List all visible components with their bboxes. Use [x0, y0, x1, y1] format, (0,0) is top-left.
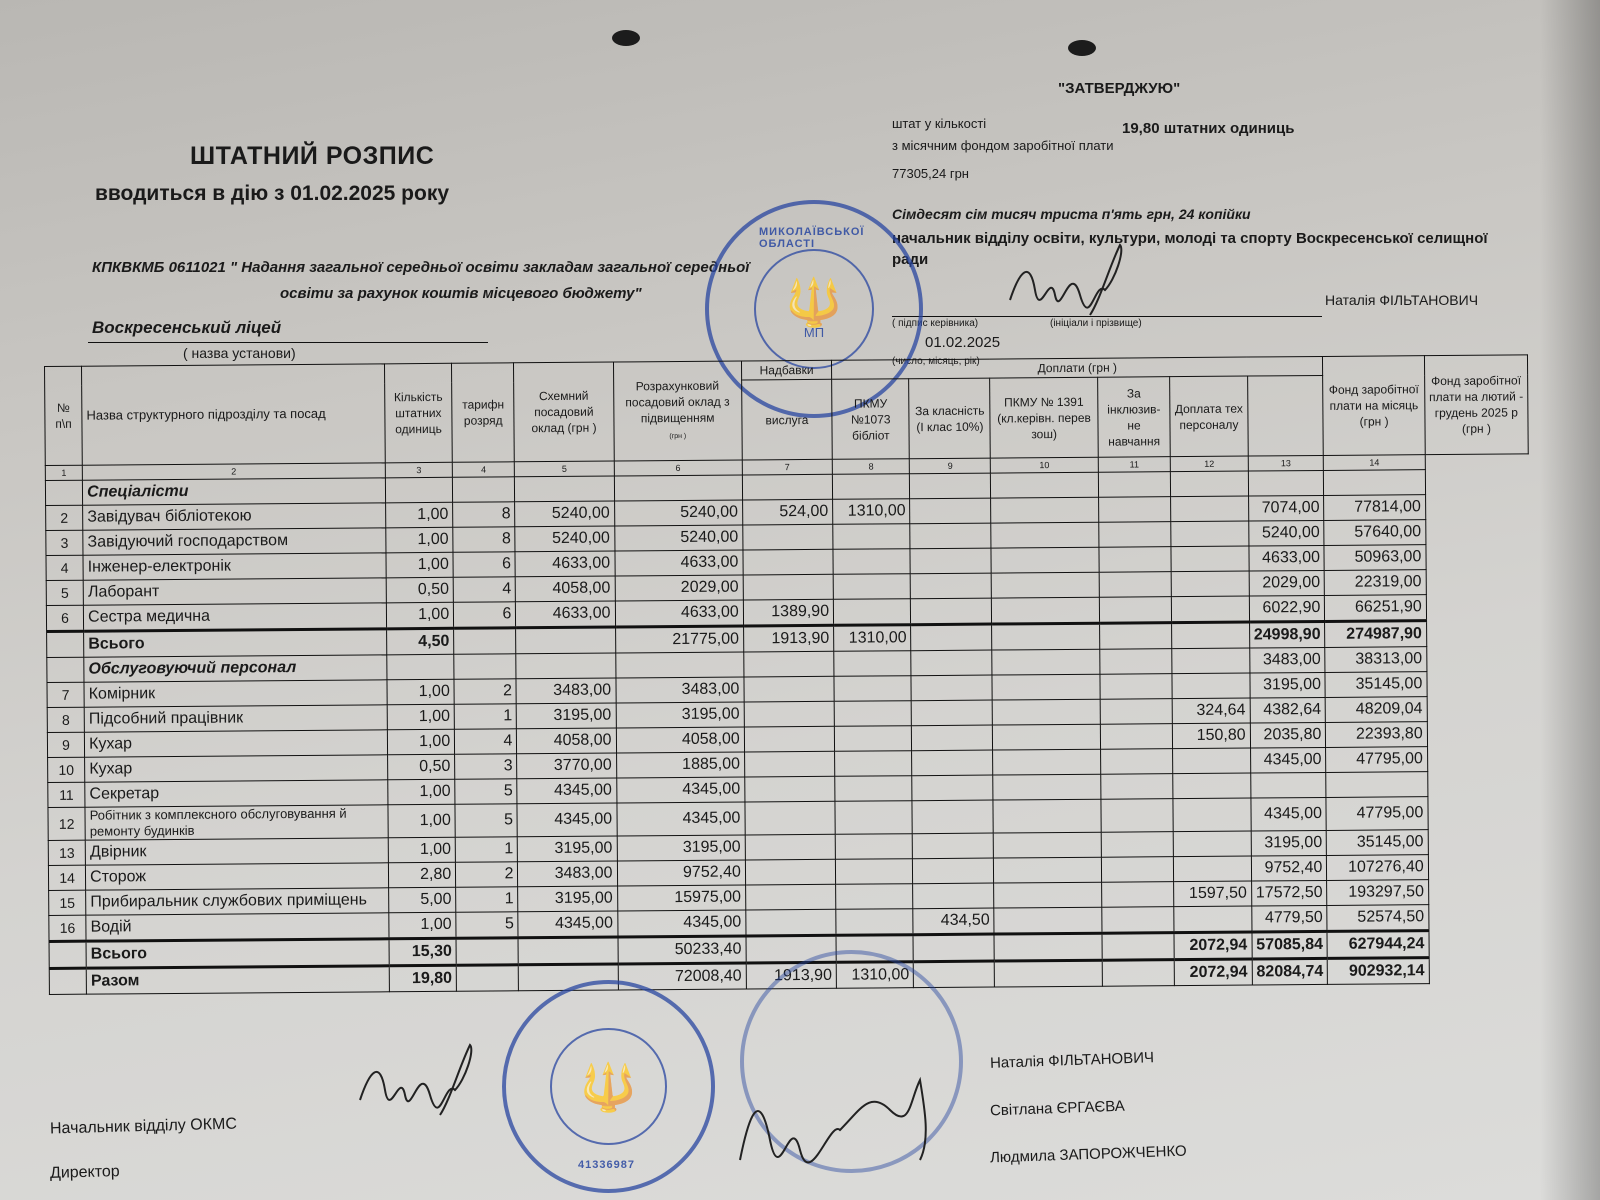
coat-of-arms-icon: 🔱 — [580, 1064, 637, 1110]
header-calc-salary-label: Розрахунковий посадовий оклад з підвищен… — [625, 378, 729, 425]
cell-c5: 3195,00 — [518, 836, 617, 862]
row-number: 7 — [47, 682, 84, 707]
cell-c7 — [746, 909, 836, 936]
header-class10: За класність (І клас 10%) — [909, 378, 990, 459]
cell-c9: 434,50 — [913, 908, 994, 935]
cell-c12: 150,80 — [1173, 723, 1251, 749]
cell-c9 — [911, 675, 992, 701]
cell-c10 — [994, 857, 1102, 883]
cell-c7 — [743, 524, 833, 550]
column-number: 12 — [1170, 456, 1248, 472]
cell-c12 — [1171, 471, 1249, 497]
cell-c5: 4345,00 — [517, 778, 616, 804]
cell-c3: 5,00 — [388, 887, 456, 913]
cell-c3: 1,00 — [386, 602, 454, 629]
cell-c6 — [615, 652, 743, 678]
cell-c9 — [910, 498, 991, 524]
cell-c10 — [991, 497, 1099, 523]
header-pkmu1073: ПКМУ №1073 бібліот — [832, 379, 910, 460]
column-number: 8 — [832, 459, 909, 475]
cell-c6: 4633,00 — [615, 600, 743, 627]
cell-c13: 4345,00 — [1250, 747, 1326, 773]
header-seniority: вислуга — [741, 379, 832, 460]
row-number: 12 — [48, 807, 85, 840]
cell-c10 — [991, 547, 1099, 573]
cell-c14: 50963,00 — [1324, 545, 1426, 571]
cell-c7 — [745, 884, 835, 910]
cell-c10 — [993, 749, 1101, 775]
header-base-salary: Схемний посадовий оклад (грн ) — [514, 362, 614, 462]
cell-c13 — [1248, 470, 1324, 496]
effective-date-line: вводиться в дію з 01.02.2025 року — [95, 182, 449, 206]
signature-okms-icon — [350, 1040, 490, 1120]
cell-c10 — [993, 724, 1101, 750]
cell-c12 — [1174, 906, 1252, 933]
cell-c13: 82084,74 — [1252, 958, 1328, 985]
header-tech-staff: Доплата тех персоналу — [1170, 376, 1248, 457]
kpk-line-1: КПКВКМБ 0611021 " Надання загальної сере… — [92, 259, 749, 276]
cell-c12 — [1173, 748, 1251, 774]
row-number: 15 — [49, 890, 86, 915]
cell-c8 — [836, 909, 914, 936]
approval-qty-label: штат у кількості — [892, 116, 986, 131]
cell-c3: 19,80 — [389, 965, 457, 992]
cell-c8 — [833, 524, 911, 550]
cell-c8 — [835, 751, 913, 777]
cell-c11 — [1102, 907, 1175, 934]
position-name: Комірник — [84, 680, 387, 707]
cell-c12: 2072,94 — [1174, 959, 1252, 986]
header-no: № п\п — [45, 366, 83, 465]
cell-c8 — [836, 859, 914, 885]
signature-director-icon — [720, 1050, 950, 1180]
cell-c7 — [743, 549, 833, 575]
approval-fund-words: Сімдесят сім тисяч триста п'ять грн, 24 … — [892, 206, 1251, 222]
row-number: 6 — [46, 605, 83, 631]
cell-c3: 1,00 — [387, 704, 455, 730]
institution-caption: ( назва установи) — [183, 345, 296, 361]
cell-c9 — [911, 598, 992, 625]
cell-c14: 57640,00 — [1324, 520, 1426, 546]
cell-c4: 1 — [456, 887, 518, 912]
cell-c10 — [993, 774, 1101, 800]
cell-c12 — [1172, 596, 1250, 623]
cell-c7 — [744, 651, 834, 677]
stamp-mp-label: МП — [804, 325, 824, 340]
approval-name: Наталія ФІЛЬТАНОВИЧ — [1325, 292, 1478, 308]
row-number: 13 — [48, 840, 85, 865]
position-name: Лаборант — [83, 578, 386, 605]
cell-c10 — [992, 597, 1100, 624]
position-name: Сестра медична — [84, 603, 387, 631]
cell-c10 — [994, 882, 1102, 908]
position-name: Кухар — [85, 730, 388, 757]
cell-c11 — [1100, 749, 1173, 775]
cell-c10 — [992, 623, 1100, 650]
cell-c4: 5 — [456, 912, 518, 938]
header-fund-month: Фонд заробітної плати на місяць (грн ) — [1323, 356, 1425, 456]
cell-c11 — [1099, 572, 1172, 598]
cell-c7 — [745, 801, 836, 835]
column-number: 7 — [742, 459, 832, 475]
cell-c6: 4345,00 — [616, 802, 745, 836]
cell-c9 — [911, 624, 992, 651]
cell-c5: 4633,00 — [516, 601, 615, 628]
header-inclusive: За інклюзив-не навчання — [1097, 377, 1170, 458]
approval-heading: "ЗАТВЕРДЖУЮ" — [1058, 80, 1180, 97]
row-number: 11 — [48, 782, 85, 807]
cell-c3: 0,50 — [386, 577, 454, 603]
cell-c5: 3770,00 — [517, 753, 616, 779]
cell-c13: 57085,84 — [1252, 931, 1328, 959]
cell-c12 — [1173, 831, 1251, 857]
coat-of-arms-icon: 🔱 — [785, 279, 842, 325]
row-number — [49, 968, 86, 994]
cell-c7 — [744, 726, 834, 752]
cell-c8 — [833, 549, 911, 575]
position-name: Підсобний працівник — [84, 705, 387, 732]
row-number: 8 — [47, 707, 84, 732]
cell-c14: 38313,00 — [1325, 647, 1427, 673]
cell-c11 — [1099, 522, 1172, 548]
approval-fund-sum: 77305,24 грн — [892, 166, 969, 181]
cell-c3: 1,00 — [388, 837, 456, 863]
position-name: Завідуючий господарством — [83, 528, 386, 555]
signature-label-director: Директор — [50, 1163, 120, 1183]
cell-c6: 1885,00 — [616, 752, 744, 778]
cell-c5: 4345,00 — [517, 803, 616, 837]
position-name: Всього — [86, 939, 389, 968]
cell-c4: 2 — [456, 862, 518, 887]
cell-c12 — [1171, 496, 1249, 522]
cell-c4: 1 — [454, 704, 516, 729]
header-calc-salary: Розрахунковий посадовий оклад з підвищен… — [613, 361, 742, 461]
cell-c13 — [1250, 772, 1326, 798]
cell-c6: 4345,00 — [616, 777, 744, 803]
binder-hole — [1068, 40, 1096, 56]
cell-c4 — [456, 938, 518, 965]
position-name: Робітник з комплексного обслуговування й… — [85, 805, 388, 840]
institution-name: Воскресенський ліцей — [92, 318, 281, 338]
cell-c12 — [1173, 798, 1251, 832]
cell-c3: 0,50 — [387, 754, 455, 780]
header-extra-payments-group: Доплати (грн ) — [832, 356, 1323, 379]
cell-c6: 3195,00 — [616, 702, 744, 728]
cell-c8 — [834, 701, 912, 727]
cell-c7 — [743, 574, 833, 600]
cell-c13: 4633,00 — [1249, 545, 1325, 571]
cell-c11 — [1101, 774, 1174, 800]
cell-c3: 1,00 — [386, 527, 454, 553]
approval-qty-value: 19,80 штатних одиниць — [1122, 120, 1294, 137]
cell-c9 — [911, 650, 992, 676]
cell-c6: 21775,00 — [615, 626, 743, 653]
column-number: 3 — [385, 462, 453, 478]
cell-c11 — [1100, 674, 1173, 700]
cell-c8 — [835, 834, 913, 860]
position-name: Завідувач бібліотекою — [83, 503, 386, 530]
cell-c9 — [912, 775, 993, 801]
cell-c13: 4345,00 — [1251, 797, 1327, 831]
position-name: Сторож — [86, 863, 389, 890]
cell-c3: 1,00 — [387, 729, 455, 755]
cell-c8 — [835, 801, 913, 835]
cell-c11 — [1102, 960, 1175, 987]
cell-c6: 5240,00 — [614, 500, 742, 526]
cell-c10 — [991, 522, 1099, 548]
cell-c12 — [1171, 521, 1249, 547]
header-name: Назва структурного підрозділу та посад — [82, 364, 385, 465]
cell-c3 — [387, 654, 455, 680]
cell-c14: 22319,00 — [1325, 570, 1427, 596]
cell-c13: 2035,80 — [1250, 722, 1326, 748]
cell-c3: 2,80 — [388, 862, 456, 888]
cell-c13: 4382,64 — [1250, 697, 1326, 723]
cell-c11 — [1101, 799, 1174, 833]
column-number: 13 — [1248, 455, 1324, 471]
cell-c11 — [1101, 882, 1174, 908]
official-stamp-bottom: 🔱 41336987 — [502, 980, 715, 1193]
cell-c10 — [993, 799, 1101, 833]
column-number: 10 — [991, 457, 1099, 473]
cell-c3: 1,00 — [388, 779, 456, 805]
row-number: 14 — [48, 865, 85, 890]
cell-c3: 1,00 — [386, 552, 454, 578]
stamp-text: МИКОЛАЇВСЬКОЇ ОБЛАСТІ — [759, 226, 919, 250]
cell-c7 — [744, 751, 834, 777]
cell-c4 — [453, 477, 515, 502]
cell-c13: 3195,00 — [1250, 672, 1326, 698]
cell-c14 — [1324, 470, 1426, 496]
cell-c14: 35145,00 — [1327, 830, 1429, 856]
cell-c11 — [1099, 547, 1172, 573]
cell-c7 — [742, 474, 832, 500]
cell-c11 — [1098, 497, 1171, 523]
position-name: Прибиральник службових приміщень — [86, 888, 389, 915]
cell-c5: 4058,00 — [516, 576, 615, 602]
cell-c4: 4 — [453, 577, 515, 602]
cell-c9 — [913, 833, 994, 859]
cell-c6: 4633,00 — [615, 550, 743, 576]
cell-c10 — [995, 960, 1103, 987]
cell-c10 — [991, 472, 1099, 498]
cell-c12 — [1172, 673, 1250, 699]
cell-c3: 4,50 — [386, 628, 454, 655]
cell-c13: 9752,40 — [1251, 855, 1327, 881]
row-number: 10 — [48, 757, 85, 782]
cell-c14: 193297,50 — [1327, 880, 1429, 906]
cell-c5: 5240,00 — [515, 526, 614, 552]
cell-c8 — [833, 474, 911, 500]
cell-c9 — [913, 883, 994, 909]
cell-c14: 22393,80 — [1326, 722, 1428, 748]
cell-c14: 902932,14 — [1328, 958, 1430, 985]
cell-c10 — [994, 832, 1102, 858]
cell-c4: 3 — [455, 754, 517, 779]
cell-c5: 5240,00 — [515, 501, 614, 527]
cell-c14: 274987,90 — [1325, 621, 1427, 648]
cell-c8 — [833, 574, 911, 600]
cell-c14 — [1326, 772, 1428, 798]
cell-c7: 1913,90 — [743, 625, 833, 652]
cell-c5 — [515, 476, 614, 502]
cell-c12 — [1173, 773, 1251, 799]
cell-c8: 1310,00 — [833, 499, 911, 525]
cell-c7: 1389,90 — [743, 599, 833, 626]
cell-c4: 2 — [454, 679, 516, 704]
cell-c3: 1,00 — [385, 502, 453, 528]
cell-c11 — [1098, 472, 1171, 498]
header-units: Кількість штатних одиниць — [384, 363, 452, 463]
row-number — [47, 657, 84, 682]
cell-c3: 1,00 — [387, 679, 455, 705]
cell-c5: 3195,00 — [518, 886, 617, 912]
cell-c11 — [1100, 724, 1173, 750]
position-name: Секретар — [85, 780, 388, 807]
position-name: Інженер-електронік — [83, 553, 386, 580]
table-body: Спеціалісти2Завідувач бібліотекою1,00852… — [45, 469, 1532, 995]
cell-c6: 3195,00 — [617, 835, 745, 861]
cell-c10 — [992, 699, 1100, 725]
cell-c4: 5 — [455, 779, 517, 804]
column-number: 9 — [910, 458, 991, 474]
cell-c12 — [1171, 546, 1249, 572]
cell-c6 — [614, 475, 742, 501]
staffing-table: № п\п Назва структурного підрозділу та п… — [44, 354, 1533, 995]
cell-c13: 17572,50 — [1251, 880, 1327, 906]
cell-c3: 1,00 — [389, 912, 457, 939]
cell-c5 — [518, 937, 617, 965]
header-fund-year: Фонд заробітної плати на лютий - грудень… — [1424, 355, 1528, 455]
position-name: Двірник — [85, 838, 388, 865]
cell-c6: 2029,00 — [615, 575, 743, 601]
column-number: 1 — [45, 465, 82, 480]
row-number: 5 — [46, 580, 83, 605]
cell-c9 — [910, 473, 991, 499]
cell-c8 — [834, 651, 912, 677]
cell-c6: 4345,00 — [617, 910, 745, 937]
page-edge-shadow — [1540, 0, 1600, 1200]
cell-c11 — [1099, 597, 1172, 624]
column-number: 4 — [453, 462, 515, 477]
stamp-code: 41336987 — [578, 1159, 635, 1171]
position-name: Спеціалісти — [83, 478, 386, 505]
cell-c8 — [835, 776, 913, 802]
cell-c8 — [836, 884, 914, 910]
cell-c4: 4 — [455, 729, 517, 754]
row-number — [45, 480, 82, 505]
row-number: 16 — [49, 915, 86, 941]
cell-c10 — [994, 907, 1102, 934]
cell-c12: 2072,94 — [1174, 932, 1252, 960]
cell-c12: 1597,50 — [1174, 881, 1252, 907]
row-number: 4 — [46, 555, 83, 580]
position-name: Водій — [86, 913, 389, 941]
cell-c7 — [745, 776, 835, 802]
cell-c5 — [516, 627, 615, 654]
cell-c6: 4058,00 — [616, 727, 744, 753]
institution-underline — [88, 342, 488, 343]
cell-c5: 3483,00 — [516, 678, 615, 704]
cell-c10 — [992, 674, 1100, 700]
cell-c14: 627944,24 — [1327, 931, 1429, 959]
approval-date: 01.02.2025 — [925, 334, 1000, 351]
cell-c14: 48209,04 — [1326, 697, 1428, 723]
row-number — [47, 631, 84, 657]
cell-c9 — [912, 800, 993, 834]
cell-c4 — [454, 628, 516, 654]
cell-c5 — [516, 653, 615, 679]
cell-c6: 15975,00 — [617, 885, 745, 911]
cell-c5: 4058,00 — [517, 728, 616, 754]
cell-c8 — [833, 599, 911, 626]
header-pkmu1391: ПКМУ № 1391 (кл.керівн. перев зош) — [990, 377, 1098, 458]
cell-c4 — [454, 654, 516, 679]
cell-c4 — [456, 965, 518, 991]
cell-c13: 24998,90 — [1249, 621, 1325, 648]
cell-c12: 324,64 — [1172, 698, 1250, 724]
cell-c3 — [385, 477, 453, 503]
cell-c8: 1310,00 — [834, 625, 912, 652]
cell-c9 — [910, 548, 991, 574]
cell-c6: 9752,40 — [617, 860, 745, 886]
cell-c9 — [911, 573, 992, 599]
column-number: 11 — [1098, 457, 1171, 473]
cell-c13: 5240,00 — [1248, 520, 1324, 546]
cell-c9 — [912, 700, 993, 726]
cell-c6: 5240,00 — [614, 525, 742, 551]
row-number: 3 — [46, 530, 83, 555]
header-calc-salary-unit: (грн ) — [669, 432, 686, 439]
cell-c5: 3195,00 — [517, 703, 616, 729]
cell-c13: 7074,00 — [1248, 495, 1324, 521]
cell-c7 — [744, 701, 834, 727]
row-number — [49, 941, 86, 968]
position-name: Всього — [84, 629, 387, 657]
cell-c4: 1 — [455, 837, 517, 862]
cell-c10 — [991, 572, 1099, 598]
cell-c14: 47795,00 — [1326, 747, 1428, 773]
cell-c9 — [913, 858, 994, 884]
cell-c5: 4633,00 — [515, 551, 614, 577]
cell-c3: 15,30 — [389, 938, 457, 966]
cell-c4: 8 — [453, 527, 515, 552]
cell-c13: 2029,00 — [1249, 570, 1325, 596]
cell-c5: 4345,00 — [518, 911, 617, 938]
position-name: Разом — [86, 966, 389, 994]
cell-c9 — [913, 934, 994, 962]
cell-c4: 8 — [453, 502, 515, 527]
cell-c14: 35145,00 — [1325, 672, 1427, 698]
header-allowances-group: Надбавки — [741, 360, 831, 380]
cell-c10 — [994, 933, 1102, 961]
cell-c12 — [1172, 648, 1250, 674]
cell-c11 — [1101, 857, 1174, 883]
cell-c13: 3483,00 — [1249, 647, 1325, 673]
cell-c13: 3195,00 — [1251, 830, 1327, 856]
cell-c5: 3483,00 — [518, 861, 617, 887]
cell-c8 — [834, 676, 912, 702]
cell-c14: 52574,50 — [1327, 905, 1429, 932]
binder-hole — [612, 30, 640, 46]
cell-c8 — [834, 726, 912, 752]
cell-c14: 47795,00 — [1326, 797, 1428, 831]
cell-c4: 6 — [453, 552, 515, 577]
cell-c6: 3483,00 — [616, 677, 744, 703]
document-title: ШТАТНИЙ РОЗПИС — [190, 142, 434, 171]
cell-c7 — [745, 834, 835, 860]
cell-c7: 524,00 — [742, 499, 832, 525]
